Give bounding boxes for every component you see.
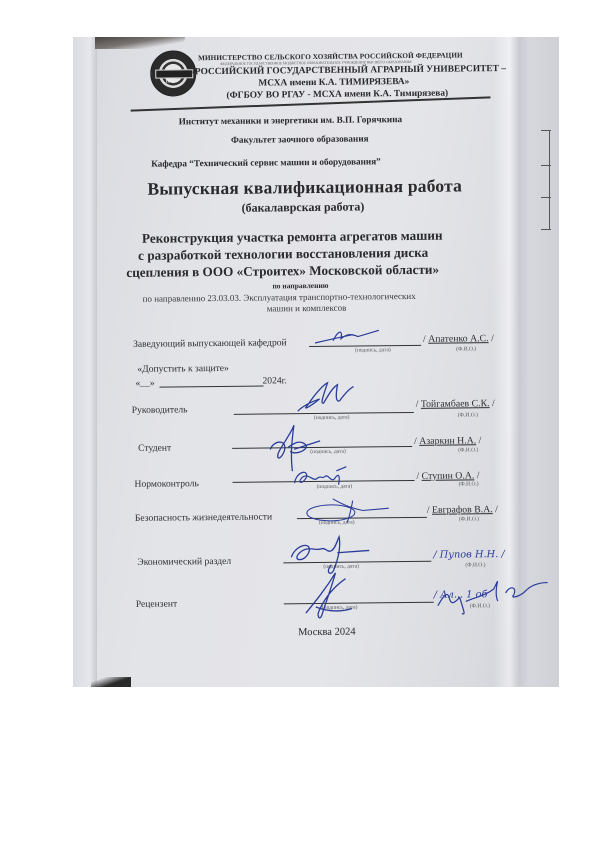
admit-to-defense-label: «Допустить к защите»	[137, 363, 229, 375]
emblem-year: 1865	[165, 79, 175, 84]
document-title: Выпускная квалификационная работа	[147, 175, 462, 199]
economics-signature-icon	[285, 530, 376, 586]
signatory-name-value: Пупов Н.Н.	[440, 549, 499, 561]
department-name: Кафедра “Технический сервис машин и обор…	[151, 156, 381, 168]
topic-line-2: с разработкой технологии восстановления …	[138, 245, 428, 264]
head-of-department-label: Заведующий выпускающей кафедрой	[133, 337, 287, 350]
topic-line-1: Реконструкция участка ремонта агрегатов …	[142, 228, 443, 247]
city-year: Москва 2024	[298, 627, 356, 639]
signature-line	[297, 517, 427, 519]
fio-caption: (Ф.И.О.)	[458, 447, 478, 453]
fio-caption: (Ф.И.О.)	[465, 562, 485, 568]
signatory-role: Руководитель	[132, 404, 188, 416]
signature-caption: (подпись, дата)	[322, 605, 358, 611]
signatory-name-value: Ступин О.А.	[422, 470, 475, 482]
date-year: 2024г.	[262, 375, 287, 386]
fio-caption: (Ф.И.О.)	[459, 516, 479, 522]
signature-caption: (подпись, дата)	[355, 347, 391, 353]
signatory-name-value: Азаркин Н.А.	[419, 435, 476, 447]
signature-caption: (подпись, дата)	[323, 564, 359, 570]
signature-caption: (подпись, дата)	[310, 449, 346, 455]
signature-line	[284, 602, 434, 605]
signatory-name: / Ступин О.А. /	[416, 470, 479, 482]
title-page: 1865 МИНИСТЕРСТВО СЕЛЬСКОГО ХОЗЯЙСТВА РО…	[73, 37, 559, 687]
signatory-role: Безопасность жизнедеятельности	[135, 511, 272, 523]
signatory-name: / Тойгамбаев С.К. /	[416, 398, 495, 410]
fio-caption: (Ф.И.О.)	[456, 346, 476, 352]
fio-caption: (Ф.И.О.)	[459, 481, 479, 487]
emblem-band	[155, 69, 193, 78]
signatory-name-value: Евграфов В.А.	[432, 504, 493, 516]
signatory-name-handwritten: / Пупов Н.Н. /	[433, 549, 505, 561]
direction-line-1: по направлению 23.03.03. Эксплуатация тр…	[143, 291, 416, 304]
reviewer-signature-icon	[301, 567, 362, 629]
institute-name: Институт механики и энергетики им. В.П. …	[179, 114, 402, 126]
signatory-name: / Азаркин Н.А. /	[414, 435, 481, 447]
signatory-name-value: Ал... 1 об	[440, 589, 487, 600]
signatory-role: Нормоконтроль	[134, 478, 198, 490]
signatory-role: Рецензент	[136, 598, 177, 609]
direction-line-2: машин и комплексов	[267, 303, 347, 314]
signatory-role: Экономический раздел	[137, 556, 231, 568]
topic-line-3: сцепления в ООО «Строитех» Московской об…	[126, 262, 439, 281]
direction-heading: по направлению	[272, 281, 328, 291]
university-line-1: «РОССИЙСКИЙ ГОСУДАРСТВЕННЫЙ АГРАРНЫЙ УНИ…	[190, 64, 506, 77]
university-line-2: МСХА имени К.А. ТИМИРЯЗЕВА»	[258, 77, 409, 89]
head-name-value: Апатенко А.С.	[428, 333, 489, 345]
signature-caption: (подпись, дата)	[317, 484, 353, 490]
date-day-placeholder: «__»	[135, 378, 154, 389]
signatory-name-handwritten: / Ал... 1 об	[434, 589, 488, 601]
fio-caption: (Ф.И.О.)	[470, 603, 490, 609]
signatory-role: Студент	[138, 442, 171, 453]
signature-line	[233, 480, 415, 483]
document-subtitle: (бакалаврская работа)	[242, 199, 365, 215]
document-photo: 1865 МИНИСТЕРСТВО СЕЛЬСКОГО ХОЗЯЙСТВА РО…	[73, 37, 559, 687]
signature-caption: (подпись, дата)	[314, 415, 350, 421]
fio-caption: (Ф.И.О.)	[458, 412, 478, 418]
faculty-name: Факультет заочного образования	[231, 133, 369, 144]
signature-caption: (подпись, дата)	[319, 520, 355, 526]
signatory-name: / Евграфов В.А. /	[427, 504, 498, 516]
head-of-department-name: / Апатенко А.С. /	[423, 333, 494, 345]
date-month-line	[160, 386, 264, 388]
signatory-name-value: Тойгамбаев С.К.	[421, 398, 490, 410]
